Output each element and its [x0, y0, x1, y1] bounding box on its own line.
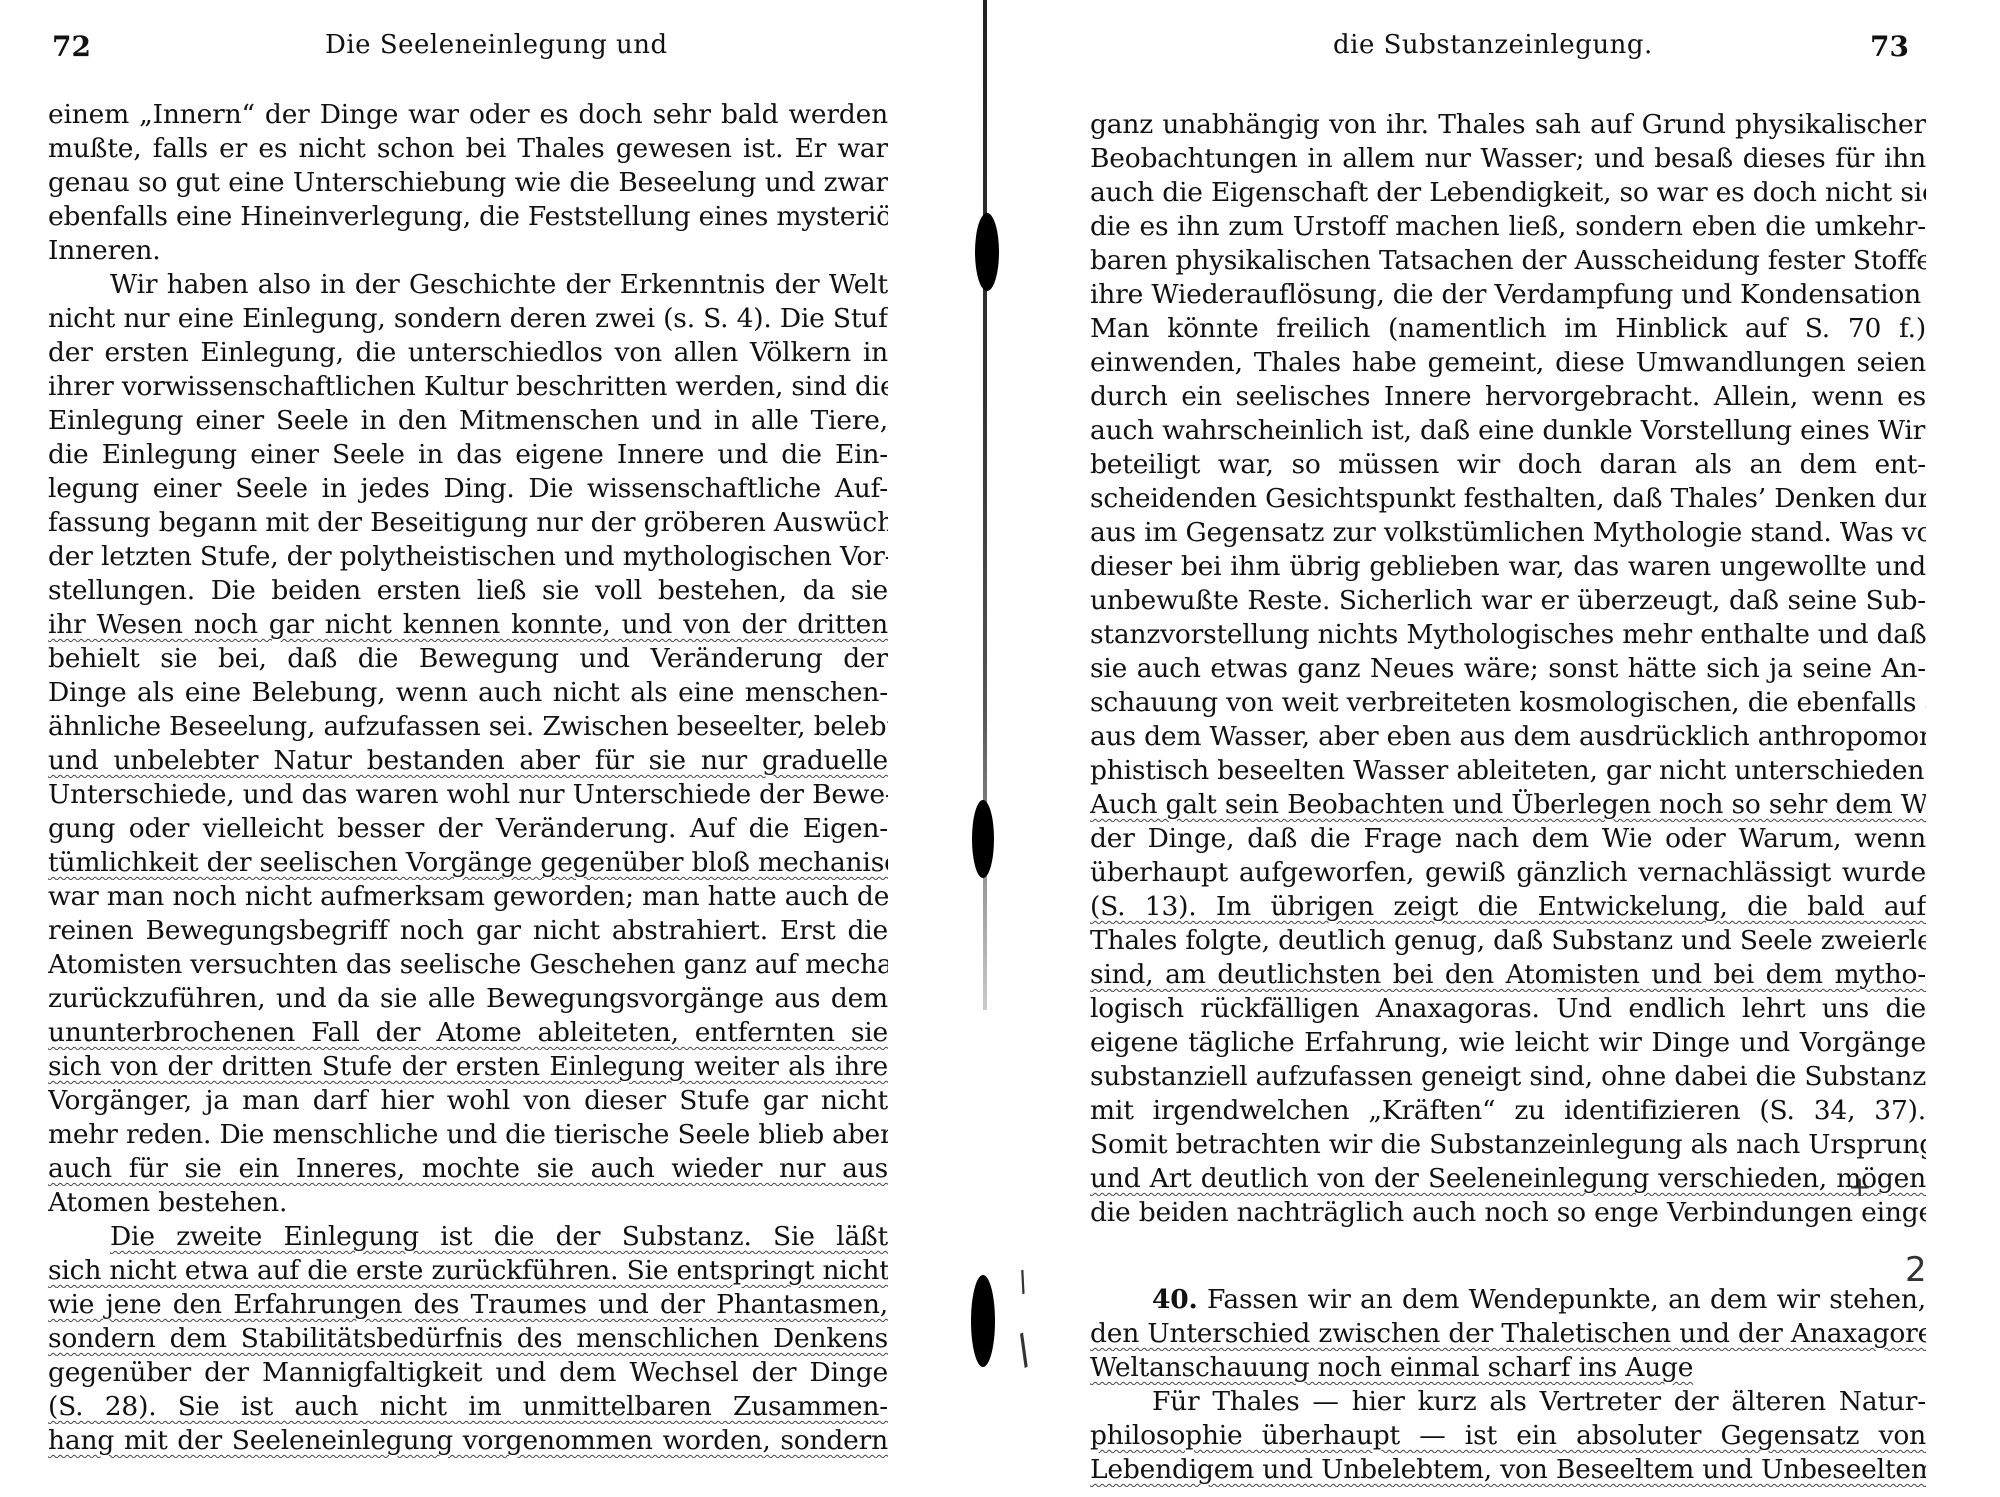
text-line: Für Thales — hier kurz als Vertreter der…: [1090, 1385, 1926, 1419]
page-number-right: 73: [1870, 30, 1909, 63]
text-line-underlined: sich von der dritten Stufe der ersten Ei…: [48, 1050, 888, 1084]
text-line-underlined: ununterbrochenen Fall der Atome ableitet…: [48, 1016, 888, 1050]
text-line: Somit betrachten wir die Substanzeinlegu…: [1090, 1128, 1926, 1162]
section-text: Fassen wir an dem Wendepunkte, an dem wi…: [1207, 1284, 1926, 1315]
text-line: war man noch nicht aufmerksam geworden; …: [48, 880, 888, 914]
text-line: reinen Bewegungsbegriff noch gar nicht a…: [48, 914, 888, 948]
running-head-right: die Substanzeinlegung.: [1333, 30, 1653, 60]
running-head-left: Die Seeleneinlegung und: [325, 30, 668, 60]
text-line-underlined: (S. 13). Im übrigen zeigt die Entwickelu…: [1090, 890, 1926, 924]
section-40: 40. Fassen wir an dem Wendepunkte, an de…: [1090, 1283, 1926, 1487]
text-line: Beobachtungen in allem nur Wasser; und b…: [1090, 142, 1926, 176]
text-line-underlined: ihr Wesen noch gar nicht kennen konnte, …: [48, 608, 888, 642]
text-line: legung einer Seele in jedes Ding. Die wi…: [48, 472, 888, 506]
text-line: behielt sie bei, daß die Bewegung und Ve…: [48, 642, 888, 676]
text-line: der Dinge, daß die Frage nach dem Wie od…: [1090, 822, 1926, 856]
pencil-end-mark: +: [1848, 1170, 1871, 1203]
text-line: nicht nur eine Einlegung, sondern deren …: [48, 302, 888, 336]
text-line-underlined: sich nicht etwa auf die erste zurückführ…: [48, 1254, 888, 1288]
text-line-underlined: sondern dem Stabilitätsbedürfnis des men…: [48, 1322, 888, 1356]
ink-blot: [975, 213, 999, 291]
text-line-underlined: Die zweite Einlegung ist die der Substan…: [48, 1220, 888, 1254]
text-line: Inneren.: [48, 234, 888, 268]
ink-blot: [972, 800, 994, 878]
text-line: durch ein seelisches Innere hervorgebrac…: [1090, 380, 1926, 414]
right-page: die Substanzeinlegung. 73 ganz unabhängi…: [1000, 0, 2000, 1497]
text-line: stellungen. Die beiden ersten ließ sie v…: [48, 574, 888, 608]
text-line: phistisch beseelten Wasser ableiteten, g…: [1090, 754, 1926, 788]
page-number-left: 72: [52, 30, 91, 63]
text-line: aus dem Wasser, aber eben aus dem ausdrü…: [1090, 720, 1926, 754]
text-line: gung oder vielleicht besser der Veränder…: [48, 812, 888, 846]
text-line: zurückzuführen, und da sie alle Bewegung…: [48, 982, 888, 1016]
text-line: gegenüber der Mannigfaltigkeit und dem W…: [48, 1356, 888, 1390]
text-line-underlined: und Art deutlich von der Seeleneinlegung…: [1090, 1162, 1926, 1196]
text-line: unbewußte Reste. Sicherlich war er überz…: [1090, 584, 1926, 618]
text-line: eigene tägliche Erfahrung, wie leicht wi…: [1090, 1026, 1926, 1060]
text-line: schauung von weit verbreiteten kosmologi…: [1090, 686, 1926, 720]
text-line: der ersten Einlegung, die unterschiedlos…: [48, 336, 888, 370]
text-line: Atomisten versuchten das seelische Gesch…: [48, 948, 888, 982]
text-line-underlined: sind, am deutlichsten bei den Atomisten …: [1090, 958, 1926, 992]
text-line: Wir haben also in der Geschichte der Erk…: [48, 268, 888, 302]
text-line: Unterschiede, und das waren wohl nur Unt…: [48, 778, 888, 812]
text-line-underlined: Lebendigem und Unbelebtem, von Beseeltem…: [1090, 1453, 1926, 1487]
left-page: 72 Die Seeleneinlegung und einem „Innern…: [0, 0, 960, 1497]
text-line-underlined: Auch galt sein Beobachten und Überlegen …: [1090, 788, 1926, 822]
text-line: logisch rückfälligen Anaxagoras. Und end…: [1090, 992, 1926, 1026]
text-line: Einlegung einer Seele in den Mitmenschen…: [48, 404, 888, 438]
text-line: einwenden, Thales habe gemeint, diese Um…: [1090, 346, 1926, 380]
text-line: die Einlegung einer Seele in das eigene …: [48, 438, 888, 472]
text-line: Atomen bestehen.: [48, 1186, 888, 1220]
text-line-underlined: auch für sie ein Inneres, mochte sie auc…: [48, 1152, 888, 1186]
text-line: fassung begann mit der Beseitigung nur d…: [48, 506, 888, 540]
text-line: sie auch etwas ganz Neues wäre; sonst hä…: [1090, 652, 1926, 686]
text-line: aus im Gegensatz zur volkstümlichen Myth…: [1090, 516, 1926, 550]
text-line-underlined: tümlichkeit der seelischen Vorgänge gege…: [48, 846, 888, 880]
ink-blot: [971, 1275, 995, 1367]
text-line-underlined: wie jene den Erfahrungen des Traumes und…: [48, 1288, 888, 1322]
text-line: Thales folgte, deutlich genug, daß Subst…: [1090, 924, 1926, 958]
text-line: ebenfalls eine Hineinverlegung, die Fest…: [48, 200, 888, 234]
section-number: 40.: [1152, 1284, 1198, 1315]
text-line: überhaupt aufgeworfen, gewiß gänzlich ve…: [1090, 856, 1926, 890]
text-line: scheidenden Gesichtspunkt festhalten, da…: [1090, 482, 1926, 516]
section-40-first-line: 40. Fassen wir an dem Wendepunkte, an de…: [1090, 1283, 1926, 1317]
right-page-text: ganz unabhängig von ihr. Thales sah auf …: [1090, 108, 1926, 1230]
text-line: substanziell aufzufassen geneigt sind, o…: [1090, 1060, 1926, 1094]
text-line: auch die Eigenschaft der Lebendigkeit, s…: [1090, 176, 1926, 210]
text-line-underlined: Weltanschauung noch einmal scharf ins Au…: [1090, 1351, 1926, 1385]
text-line-underlined: den Unterschied zwischen der Thaletische…: [1090, 1317, 1926, 1351]
text-line: einem „Innern“ der Dinge war oder es doc…: [48, 98, 888, 132]
text-line-underlined: (S. 28). Sie ist auch nicht im unmittelb…: [48, 1390, 888, 1424]
text-line: ähnliche Beseelung, aufzufassen sei. Zwi…: [48, 710, 888, 744]
text-line: die beiden nachträglich auch noch so eng…: [1090, 1196, 1926, 1230]
text-line: auch wahrscheinlich ist, daß eine dunkle…: [1090, 414, 1926, 448]
text-line: der letzten Stufe, der polytheistischen …: [48, 540, 888, 574]
text-line-underlined: und unbelebter Natur bestanden aber für …: [48, 744, 888, 778]
text-line: Man könnte freilich (namentlich im Hinbl…: [1090, 312, 1926, 346]
text-line: ganz unabhängig von ihr. Thales sah auf …: [1090, 108, 1926, 142]
text-line: Vorgänger, ja man darf hier wohl von die…: [48, 1084, 888, 1118]
text-line: beteiligt war, so müssen wir doch daran …: [1090, 448, 1926, 482]
text-line: genau so gut eine Unterschiebung wie die…: [48, 166, 888, 200]
pencil-margin-number: 2: [1905, 1250, 1927, 1290]
text-line: mehr reden. Die menschliche und die tier…: [48, 1118, 888, 1152]
text-line: mit irgendwelchen „Kräften“ zu identifiz…: [1090, 1094, 1926, 1128]
text-line: die es ihn zum Urstoff machen ließ, sond…: [1090, 210, 1926, 244]
text-line: mußte, falls er es nicht schon bei Thale…: [48, 132, 888, 166]
text-line: stanzvorstellung nichts Mythologisches m…: [1090, 618, 1926, 652]
text-line: dieser bei ihm übrig geblieben war, das …: [1090, 550, 1926, 584]
text-line: ihrer vorwissenschaftlichen Kultur besch…: [48, 370, 888, 404]
text-line-underlined: philosophie überhaupt — ist ein absolute…: [1090, 1419, 1926, 1453]
text-line: baren physikalischen Tatsachen der Aussc…: [1090, 244, 1926, 278]
left-page-text: einem „Innern“ der Dinge war oder es doc…: [48, 98, 888, 1458]
text-line-underlined: hang mit der Seeleneinlegung vorgenommen…: [48, 1424, 888, 1458]
text-line: ihre Wiederauflösung, die der Verdampfun…: [1090, 278, 1926, 312]
text-line: Dinge als eine Belebung, wenn auch nicht…: [48, 676, 888, 710]
